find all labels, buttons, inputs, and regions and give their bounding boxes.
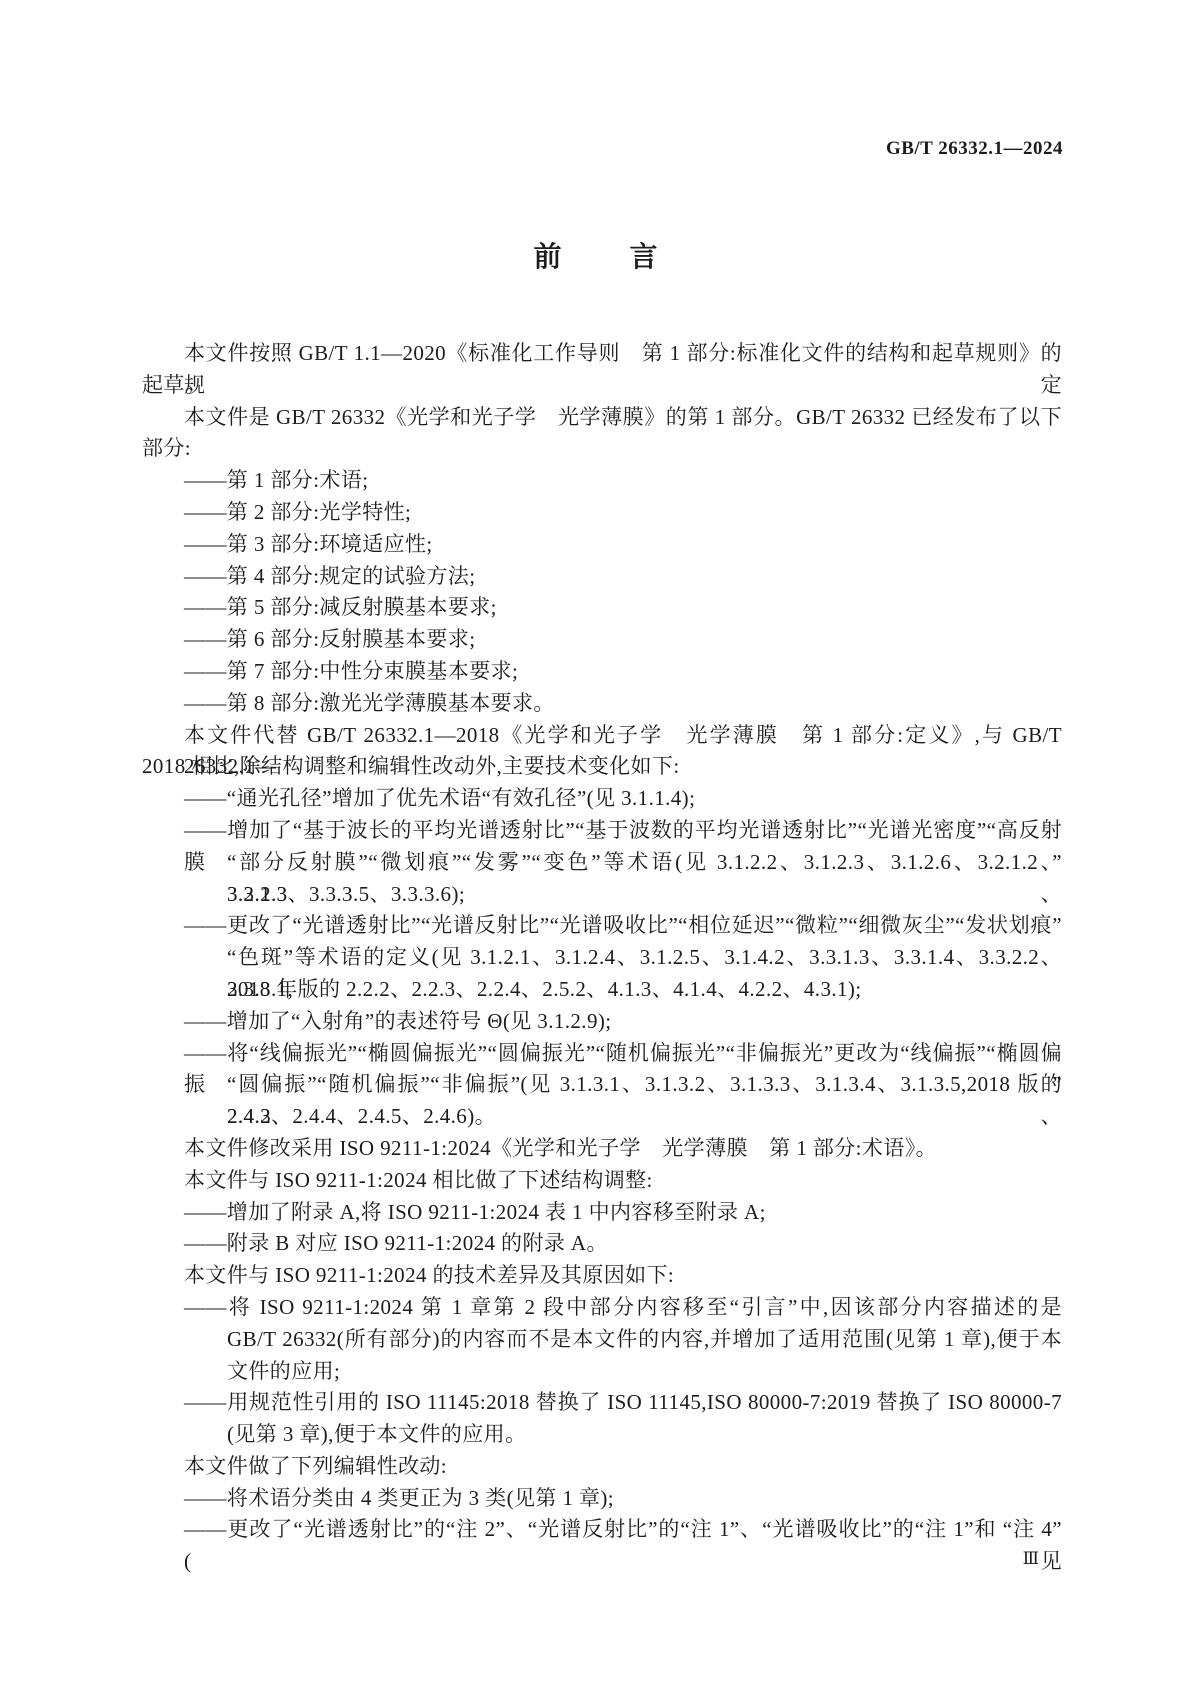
text-line: ——第 1 部分:术语; xyxy=(142,465,1062,497)
text-line: ——将“线偏振光”“椭圆偏振光”“圆偏振光”“随机偏振光”“非偏振光”更改为“线… xyxy=(142,1038,1062,1070)
text-line: ——第 2 部分:光学特性; xyxy=(142,497,1062,529)
page-title-char-1: 前 xyxy=(533,240,561,276)
text-line: 本文件代替 GB/T 26332.1—2018《光学和光子学 光学薄膜 第 1 … xyxy=(142,720,1062,752)
text-line: ——第 3 部分:环境适应性; xyxy=(142,529,1062,561)
text-line: ——第 7 部分:中性分束膜基本要求; xyxy=(142,656,1062,688)
text-line: ——将术语分类由 4 类更正为 3 类(见第 1 章); xyxy=(142,1483,1062,1515)
page-number: Ⅲ xyxy=(1023,1549,1040,1569)
page-title: 前 言 xyxy=(0,240,1191,276)
text-line: 文件的应用; xyxy=(142,1356,1062,1388)
text-line: ——更改了“光谱透射比”“光谱反射比”“光谱吸收比”“相位延迟”“微粒”“细微灰… xyxy=(142,910,1062,942)
text-line: “色斑”等术语的定义(见 3.1.2.1、3.1.2.4、3.1.2.5、3.1… xyxy=(142,942,1062,974)
text-line: ——“通光孔径”增加了优先术语“有效孔径”(见 3.1.1.4); xyxy=(142,783,1062,815)
text-line: ——第 4 部分:规定的试验方法; xyxy=(142,561,1062,593)
text-line: “圆偏振”“随机偏振”“非偏振”(见 3.1.3.1、3.1.3.2、3.1.3… xyxy=(142,1069,1062,1101)
text-line: 部分: xyxy=(142,433,1062,465)
text-line: ——用规范性引用的 ISO 11145:2018 替换了 ISO 11145,I… xyxy=(142,1387,1062,1419)
text-line: 本文件是 GB/T 26332《光学和光子学 光学薄膜》的第 1 部分。GB/T… xyxy=(142,402,1062,434)
text-line: ——增加了“基于波长的平均光谱透射比”“基于波数的平均光谱透射比”“光谱光密度”… xyxy=(142,815,1062,847)
text-line: ——附录 B 对应 ISO 9211-1:2024 的附录 A。 xyxy=(142,1228,1062,1260)
text-line: “部分反射膜”“微划痕”“发雾”“变色”等术语(见 3.1.2.2、3.1.2.… xyxy=(142,847,1062,879)
text-line: ——将 ISO 9211-1:2024 第 1 章第 2 段中部分内容移至“引言… xyxy=(142,1292,1062,1324)
text-line: 本文件按照 GB/T 1.1—2020《标准化工作导则 第 1 部分:标准化文件… xyxy=(142,338,1062,370)
text-line: GB/T 26332(所有部分)的内容而不是本文件的内容,并增加了适用范围(见第… xyxy=(142,1324,1062,1356)
text-line: ——增加了“入射角”的表述符号 Θ(见 3.1.2.9); xyxy=(142,1006,1062,1038)
text-line: 本文件修改采用 ISO 9211-1:2024《光学和光子学 光学薄膜 第 1 … xyxy=(142,1133,1062,1165)
document-page: GB/T 26332.1—2024 前 言 本文件按照 GB/T 1.1—202… xyxy=(0,0,1191,1685)
text-line: ——更改了“光谱透射比”的“注 2”、“光谱反射比”的“注 1”、“光谱吸收比”… xyxy=(142,1514,1062,1546)
text-line: 2018 相比,除结构调整和编辑性改动外,主要技术变化如下: xyxy=(142,751,1062,783)
text-line: ——第 8 部分:激光光学薄膜基本要求。 xyxy=(142,688,1062,720)
text-line: ——增加了附录 A,将 ISO 9211-1:2024 表 1 中内容移至附录 … xyxy=(142,1197,1062,1229)
document-code: GB/T 26332.1—2024 xyxy=(886,138,1063,160)
text-line: 本文件与 ISO 9211-1:2024 相比做了下述结构调整: xyxy=(142,1165,1062,1197)
text-line: 2018 年版的 2.2.2、2.2.3、2.2.4、2.5.2、4.1.3、4… xyxy=(142,974,1062,1006)
document-body: 本文件按照 GB/T 1.1—2020《标准化工作导则 第 1 部分:标准化文件… xyxy=(142,338,1062,1546)
text-line: 本文件做了下列编辑性改动: xyxy=(142,1451,1062,1483)
text-line: 本文件与 ISO 9211-1:2024 的技术差异及其原因如下: xyxy=(142,1260,1062,1292)
text-line: (见第 3 章),便于本文件的应用。 xyxy=(142,1419,1062,1451)
page-title-char-2: 言 xyxy=(630,240,658,276)
text-line: ——第 5 部分:减反射膜基本要求; xyxy=(142,592,1062,624)
text-line: ——第 6 部分:反射膜基本要求; xyxy=(142,624,1062,656)
